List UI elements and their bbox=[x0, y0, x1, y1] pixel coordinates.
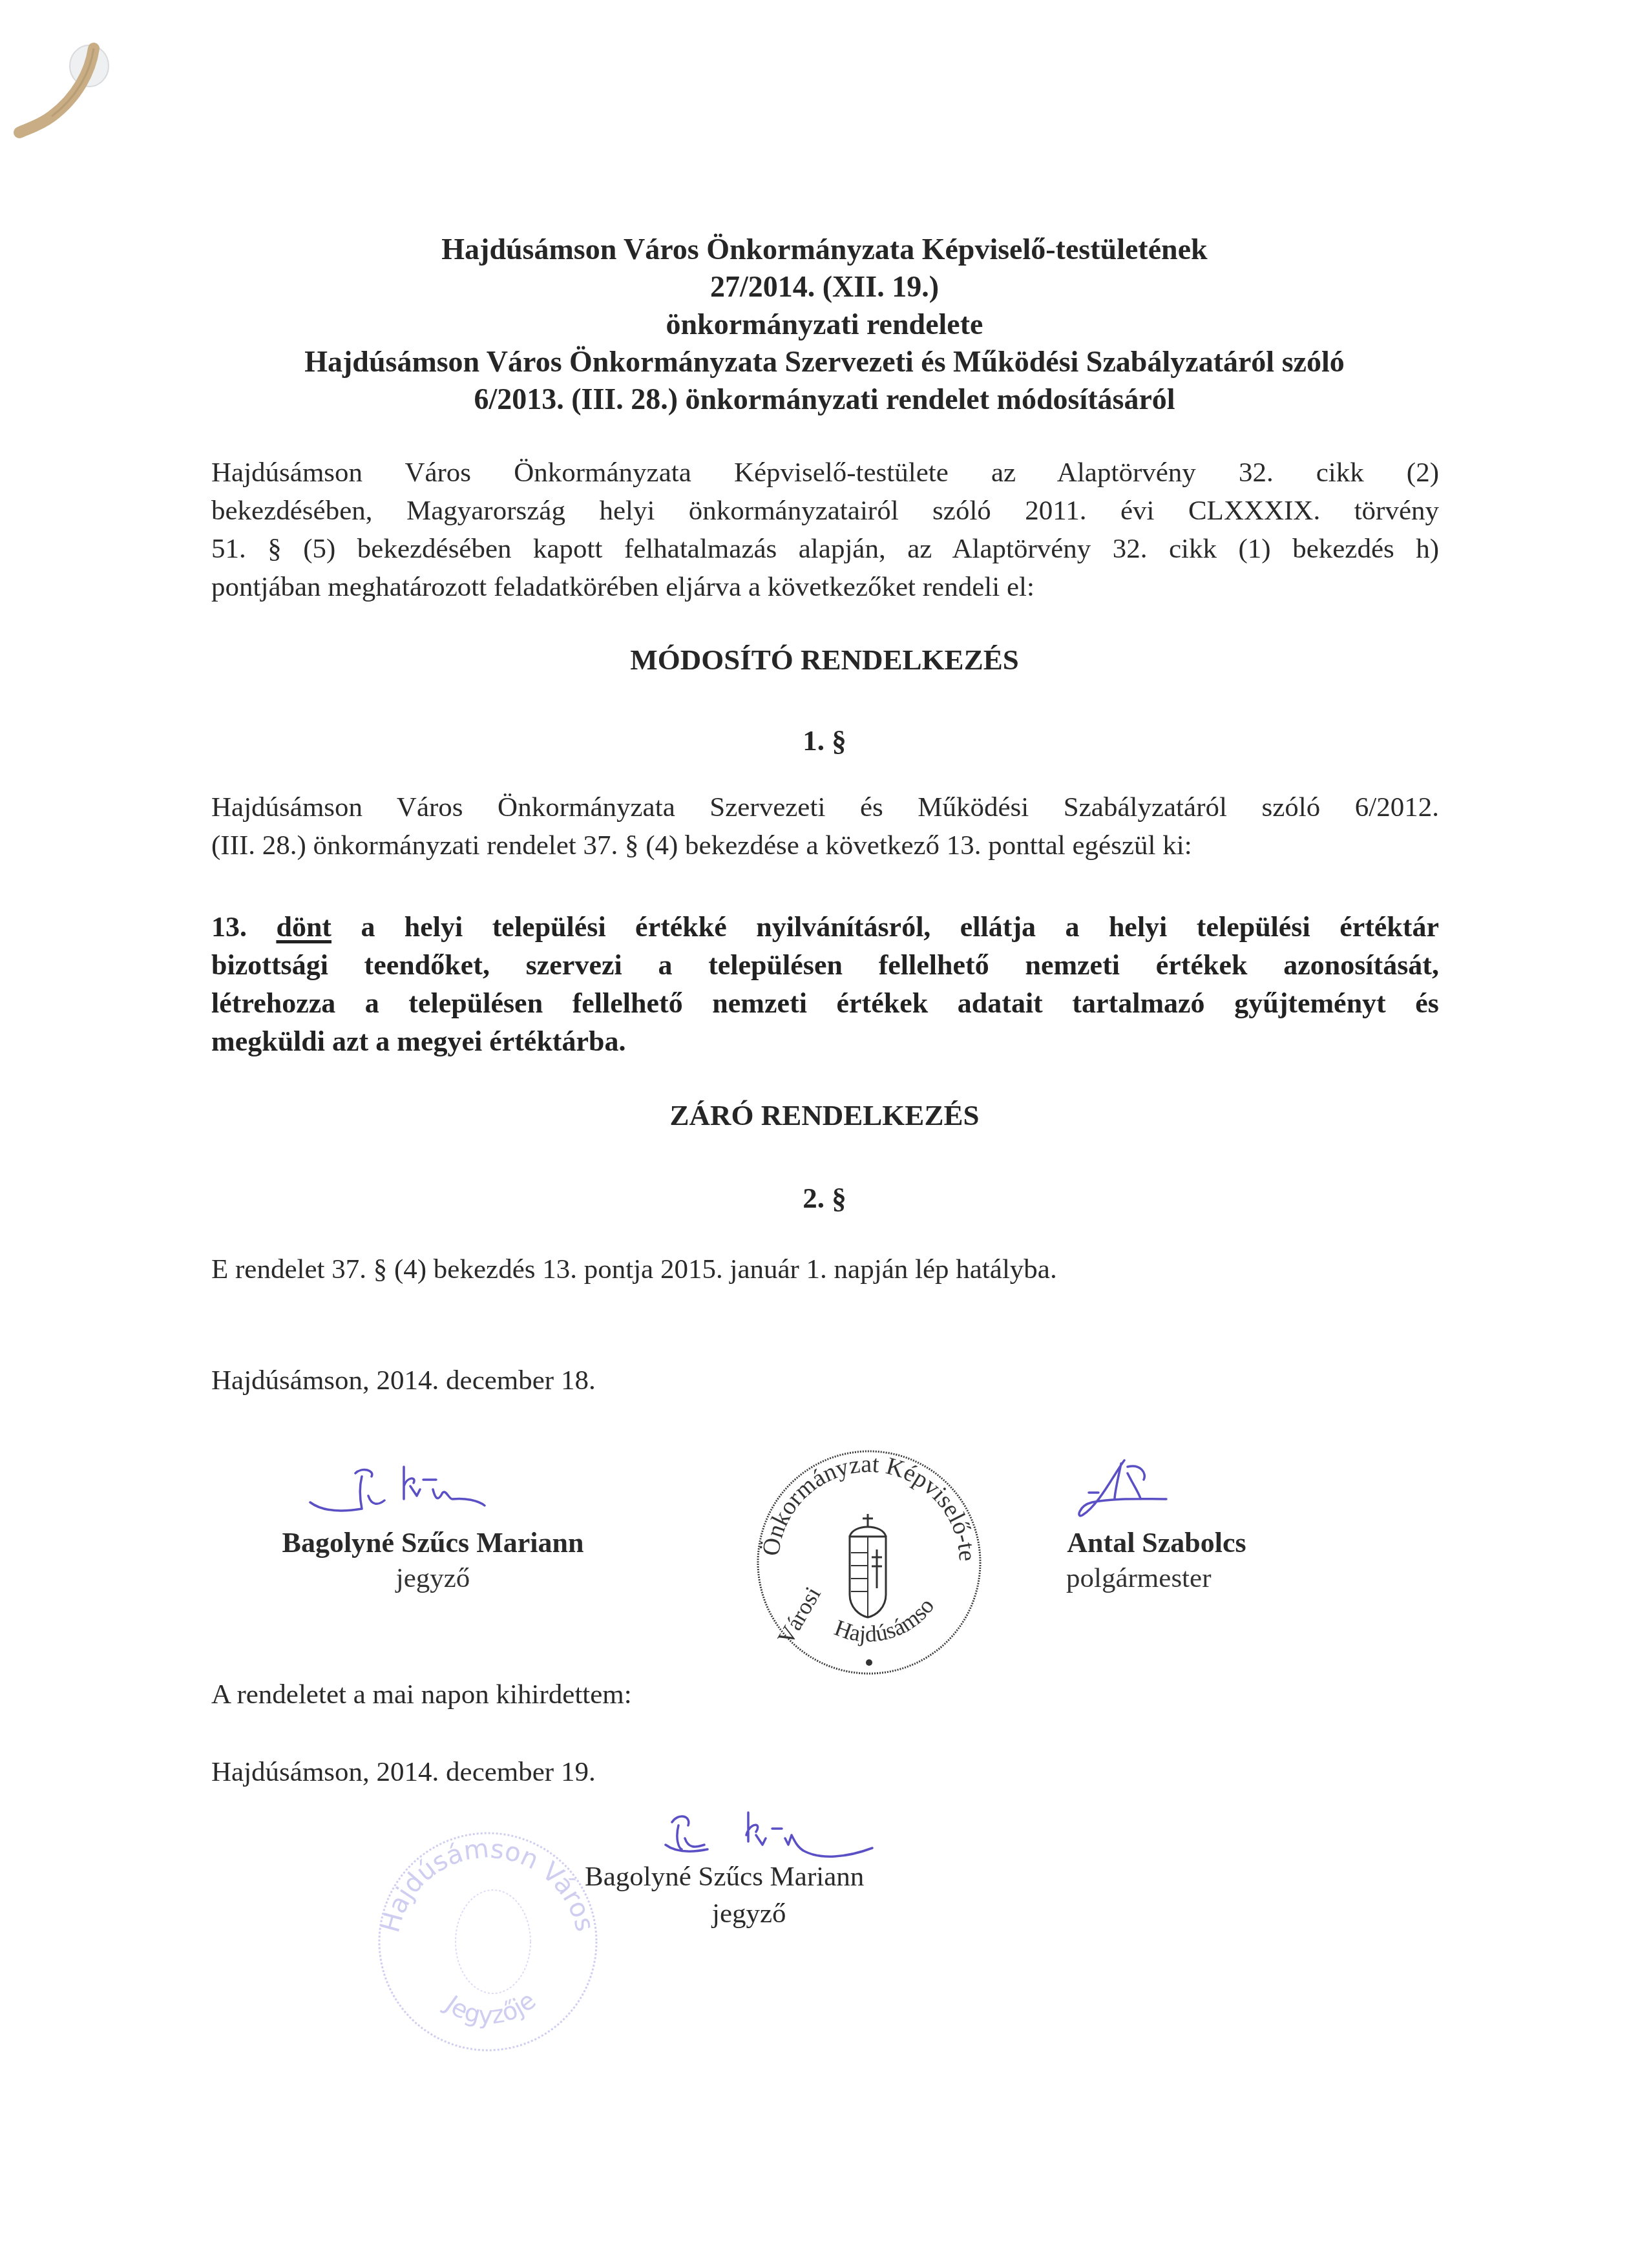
faint-seal: Hajdúsámson Város Jegyzője bbox=[372, 1825, 604, 2058]
svg-text:Jegyzője: Jegyzője bbox=[439, 1986, 541, 2030]
point-line: bizottsági teendőket, szervezi a települ… bbox=[211, 946, 1439, 984]
preamble: Hajdúsámson Város Önkormányzata Képvisel… bbox=[211, 454, 1439, 606]
binding-string-image bbox=[0, 0, 142, 155]
intro-line: (III. 28.) önkormányzati rendelet 37. § … bbox=[211, 826, 1439, 865]
title-line: Hajdúsámson Város Önkormányzata Szerveze… bbox=[0, 343, 1649, 381]
preamble-line: Hajdúsámson Város Önkormányzata Képvisel… bbox=[211, 454, 1439, 492]
promulgation-signer-role: jegyző bbox=[712, 1898, 786, 1929]
point-number: 13. bbox=[211, 911, 247, 943]
section-heading-closing: ZÁRÓ RENDELKEZÉS bbox=[0, 1098, 1649, 1132]
section1-intro: Hajdúsámson Város Önkormányzata Szerveze… bbox=[211, 788, 1439, 865]
section-heading-modifying: MÓDOSÍTÓ RENDELKEZÉS bbox=[0, 643, 1649, 677]
paragraph-sign-1: 1. § bbox=[0, 724, 1649, 757]
title-line: 6/2013. (III. 28.) önkormányzati rendele… bbox=[0, 381, 1649, 418]
seal-left-text: Városi bbox=[772, 1582, 826, 1649]
signer-right-name: Antal Szabolcs bbox=[1027, 1526, 1286, 1559]
signer-left-role: jegyző bbox=[233, 1562, 633, 1594]
signing-place-date: Hajdúsámson, 2014. december 18. bbox=[211, 1365, 596, 1396]
document-title: Hajdúsámson Város Önkormányzata Képvisel… bbox=[0, 231, 1649, 418]
preamble-line: bekezdésében, Magyarország helyi önkormá… bbox=[211, 492, 1439, 530]
title-line: Hajdúsámson Város Önkormányzata Képvisel… bbox=[0, 231, 1649, 268]
signer-left-name: Bagolyné Szűcs Mariann bbox=[233, 1526, 633, 1559]
title-line: 27/2014. (XII. 19.) bbox=[0, 268, 1649, 306]
faint-seal-top-text: Hajdúsámson Város bbox=[375, 1834, 600, 1936]
point-line: létrehozza a településen fellelhető nemz… bbox=[211, 984, 1439, 1022]
seal-top-text: Önkormányzat Képviselő-testülete bbox=[740, 1433, 981, 1562]
svg-text:Hajdúsámson Város: Hajdúsámson Város bbox=[375, 1834, 600, 1936]
paragraph-sign-2: 2. § bbox=[0, 1181, 1649, 1215]
point-line-rest: a helyi települési értékké nyilvánításró… bbox=[361, 911, 1439, 943]
point-line: megküldi azt a megyei értéktárba. bbox=[211, 1022, 1439, 1060]
intro-line: Hajdúsámson Város Önkormányzata Szerveze… bbox=[211, 788, 1439, 826]
promulgation-signer-name: Bagolyné Szűcs Mariann bbox=[585, 1861, 864, 1893]
official-seal: Önkormányzat Képviselő-testülete Hajdúsá… bbox=[740, 1433, 998, 1692]
preamble-line: pontjában meghatározott feladatkörében e… bbox=[211, 568, 1439, 606]
section1-point-13: 13. dönt a helyi települési értékké nyil… bbox=[211, 908, 1439, 1060]
promulgation-place-date: Hajdúsámson, 2014. december 19. bbox=[211, 1756, 596, 1788]
coat-of-arms-icon bbox=[850, 1514, 886, 1617]
promulgation-statement: A rendeletet a mai napon kihirdettem: bbox=[211, 1679, 632, 1710]
title-line: önkormányzati rendelete bbox=[0, 306, 1649, 343]
faint-seal-bottom-text: Jegyzője bbox=[439, 1986, 541, 2030]
signature-left bbox=[297, 1460, 491, 1525]
svg-text:Önkormányzat Képviselő-testüle: Önkormányzat Képviselő-testülete bbox=[740, 1433, 981, 1562]
point-line-first: 13. dönt a helyi települési értékké nyil… bbox=[211, 908, 1439, 946]
preamble-line: 51. § (5) bekezdésében kapott felhatalma… bbox=[211, 530, 1439, 568]
signer-right-role: polgármester bbox=[1027, 1562, 1286, 1594]
effective-date-text: E rendelet 37. § (4) bekezdés 13. pontja… bbox=[211, 1254, 1057, 1285]
underlined-word: dönt bbox=[276, 911, 331, 943]
signature-right bbox=[1076, 1454, 1205, 1525]
